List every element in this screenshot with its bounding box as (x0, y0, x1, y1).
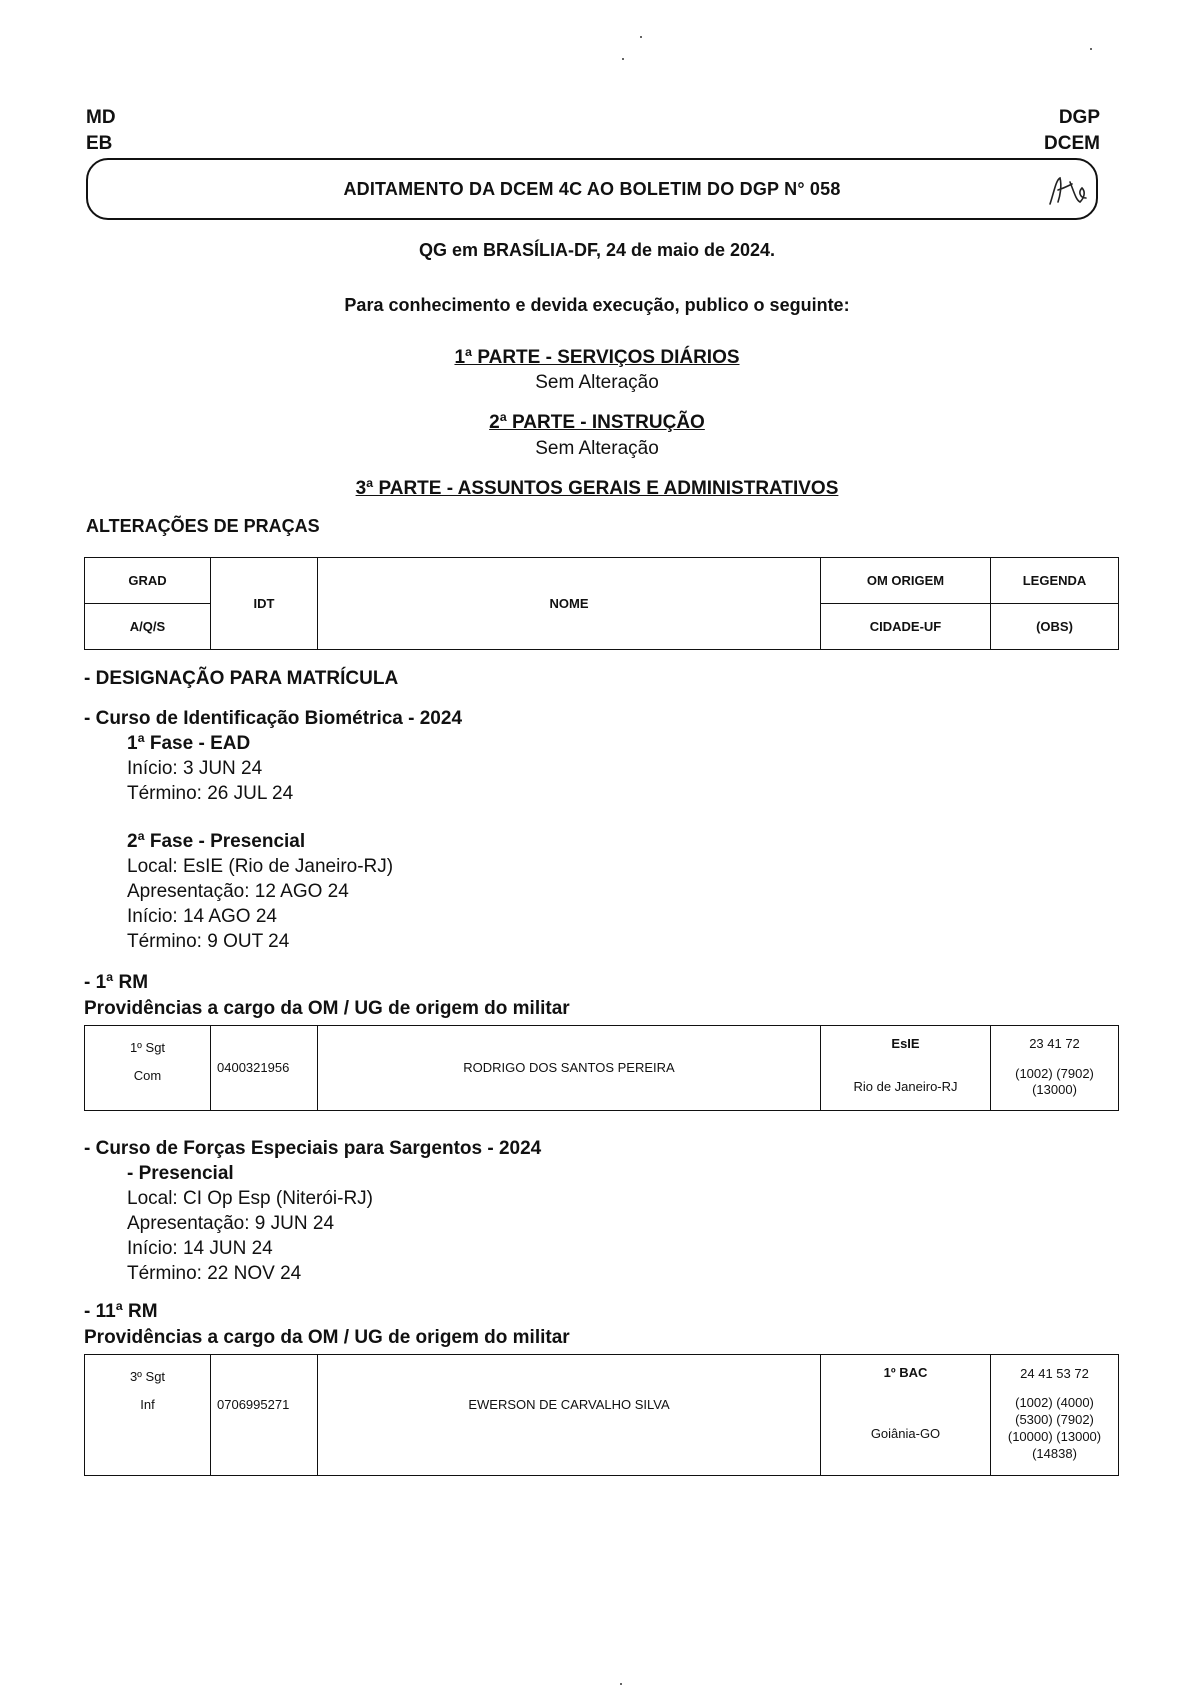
idt: 0400321956 (211, 1026, 318, 1111)
col-idt: IDT (211, 558, 318, 650)
curso-1-fase-2-title: 2ª Fase - Presencial (127, 831, 305, 853)
curso-1-fase-1-title: 1ª Fase - EAD (127, 733, 250, 755)
curso-2-apresentacao: Apresentação: 9 JUN 24 (127, 1211, 334, 1236)
table-row: 3º Sgt Inf 0706995271 EWERSON DE CARVALH… (85, 1355, 1119, 1476)
col-nome: NOME (318, 558, 821, 650)
curso-2-providencias: Providências a cargo da OM / UG de orige… (84, 1327, 570, 1349)
parte-1-body: Sem Alteração (0, 372, 1194, 394)
col-aqs: A/Q/S (85, 604, 211, 650)
obs-line: (10000) (13000) (991, 1428, 1118, 1445)
curso-2-termino: Término: 22 NOV 24 (127, 1261, 301, 1286)
curso-1-title: - Curso de Identificação Biométrica - 20… (84, 708, 462, 730)
intro-text: Para conhecimento e devida execução, pub… (0, 295, 1194, 316)
col-grad: GRAD (85, 558, 211, 604)
curso-1-fase-2-inicio: Início: 14 AGO 24 (127, 904, 277, 929)
curso-1-fase-2-apresentacao: Apresentação: 12 AGO 24 (127, 879, 349, 904)
scan-speck (640, 36, 642, 38)
section-title: ALTERAÇÕES DE PRAÇAS (86, 516, 320, 537)
nome: RODRIGO DOS SANTOS PEREIRA (318, 1026, 821, 1111)
obs-line: (13000) (991, 1082, 1118, 1098)
curso-1-table: 1º Sgt Com 0400321956 RODRIGO DOS SANTOS… (84, 1025, 1119, 1111)
curso-1-fase-2-termino: Término: 9 OUT 24 (127, 929, 289, 954)
curso-1-rm: - 1ª RM (84, 972, 148, 994)
parte-1-title: 1ª PARTE - SERVIÇOS DIÁRIOS (0, 347, 1194, 369)
org-dcem: DCEM (1044, 133, 1100, 155)
org-dgp: DGP (1059, 107, 1100, 129)
grad: 1º Sgt (85, 1034, 210, 1062)
org-md: MD (86, 107, 116, 129)
legend-table: GRAD IDT NOME OM ORIGEM LEGENDA A/Q/S CI… (84, 557, 1119, 650)
cidade-uf: Rio de Janeiro-RJ (821, 1079, 990, 1094)
grad: 3º Sgt (85, 1363, 210, 1391)
curso-2-table: 3º Sgt Inf 0706995271 EWERSON DE CARVALH… (84, 1354, 1119, 1476)
legenda: 23 41 72 (991, 1036, 1118, 1052)
aqs: Inf (85, 1391, 210, 1419)
curso-1-fase-1-termino: Término: 26 JUL 24 (127, 781, 293, 806)
cidade-uf: Goiânia-GO (821, 1426, 990, 1441)
idt: 0706995271 (211, 1355, 318, 1476)
org-eb: EB (86, 133, 112, 155)
om-origem: EsIE (821, 1036, 990, 1051)
dateline: QG em BRASÍLIA-DF, 24 de maio de 2024. (0, 240, 1194, 261)
curso-1-fase-1-inicio: Início: 3 JUN 24 (127, 756, 262, 781)
obs-line: (14838) (991, 1445, 1118, 1462)
curso-2-inicio: Início: 14 JUN 24 (127, 1236, 273, 1261)
signature-icon (1046, 172, 1090, 208)
obs-line: (1002) (7902) (991, 1066, 1118, 1082)
obs-line: (5300) (7902) (991, 1411, 1118, 1428)
parte-2-title: 2ª PARTE - INSTRUÇÃO (0, 412, 1194, 434)
curso-2-fase-title: - Presencial (127, 1163, 234, 1185)
nome: EWERSON DE CARVALHO SILVA (318, 1355, 821, 1476)
parte-2-body: Sem Alteração (0, 438, 1194, 460)
col-obs: (OBS) (991, 604, 1119, 650)
col-cidade-uf: CIDADE-UF (821, 604, 991, 650)
scan-speck (620, 1683, 622, 1685)
document-title-box: ADITAMENTO DA DCEM 4C AO BOLETIM DO DGP … (86, 158, 1098, 220)
col-om-origem: OM ORIGEM (821, 558, 991, 604)
curso-2-title: - Curso de Forças Especiais para Sargent… (84, 1138, 541, 1160)
scan-speck (1090, 48, 1092, 50)
col-legenda: LEGENDA (991, 558, 1119, 604)
legenda: 24 41 53 72 (991, 1365, 1118, 1382)
table-row: 1º Sgt Com 0400321956 RODRIGO DOS SANTOS… (85, 1026, 1119, 1111)
curso-1-fase-2-local: Local: EsIE (Rio de Janeiro-RJ) (127, 854, 393, 879)
document-title: ADITAMENTO DA DCEM 4C AO BOLETIM DO DGP … (88, 179, 1096, 200)
designacao-heading: - DESIGNAÇÃO PARA MATRÍCULA (84, 668, 398, 690)
obs-line: (1002) (4000) (991, 1394, 1118, 1411)
parte-3-title: 3ª PARTE - ASSUNTOS GERAIS E ADMINISTRAT… (0, 478, 1194, 500)
curso-2-rm: - 11ª RM (84, 1301, 158, 1323)
curso-2-local: Local: CI Op Esp (Niterói-RJ) (127, 1186, 373, 1211)
scan-speck (622, 58, 624, 60)
curso-1-providencias: Providências a cargo da OM / UG de orige… (84, 998, 570, 1020)
om-origem: 1º BAC (821, 1365, 990, 1380)
aqs: Com (85, 1062, 210, 1090)
